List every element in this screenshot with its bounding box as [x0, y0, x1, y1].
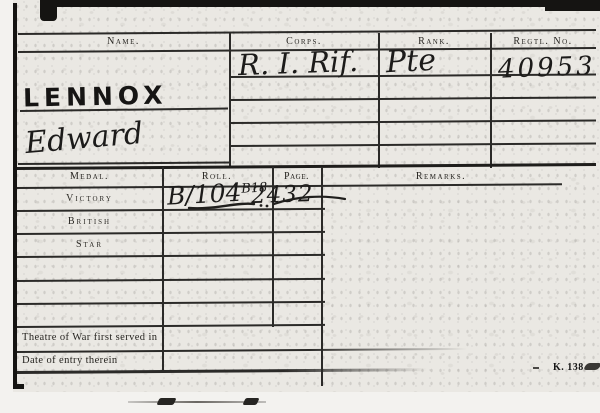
underlying-card-mark-right [242, 398, 259, 405]
underlying-card-mark-left [156, 398, 176, 405]
handwriting-flourish-underline [185, 193, 350, 215]
medal-row-british: British [17, 216, 162, 227]
medal-column-label: Medal. [17, 171, 162, 182]
scan-bottom-left-corner [13, 384, 24, 389]
medal-index-card-scan: Name. Corps. Rank. Regtl. No. Medal. Rol… [0, 0, 600, 413]
regtl-no-handwriting: 40953 [498, 53, 597, 82]
rule-v-medal-roll [162, 167, 164, 373]
theatre-of-war-label: Theatre of War first served in [22, 332, 157, 343]
printer-reference: K. 138 [553, 362, 584, 373]
medal-row-victory: Victory [17, 193, 162, 204]
date-of-entry-label: Date of entry therein [22, 355, 118, 366]
corps-handwriting: R. I. Rif. [238, 47, 359, 80]
surname-handwriting: LENNOX [23, 82, 168, 110]
regtl-no-header-label: Regtl. No. [490, 36, 596, 47]
rank-handwriting: Pte [385, 46, 437, 79]
scan-top-left-blob [40, 0, 57, 21]
name-header-label: Name. [18, 36, 229, 47]
rule-v-rank-regtl [490, 33, 492, 168]
ink-smudge-dash [533, 367, 539, 369]
rule-v-corps-rank [378, 33, 380, 168]
remarks-column-label: Remarks. [321, 171, 561, 182]
page-column-label: Page. [272, 171, 321, 182]
scan-top-right-blob [545, 0, 600, 11]
ink-smudge-blob [583, 363, 600, 370]
scan-top-edge [40, 0, 600, 7]
medal-row-star: Star [17, 239, 162, 250]
